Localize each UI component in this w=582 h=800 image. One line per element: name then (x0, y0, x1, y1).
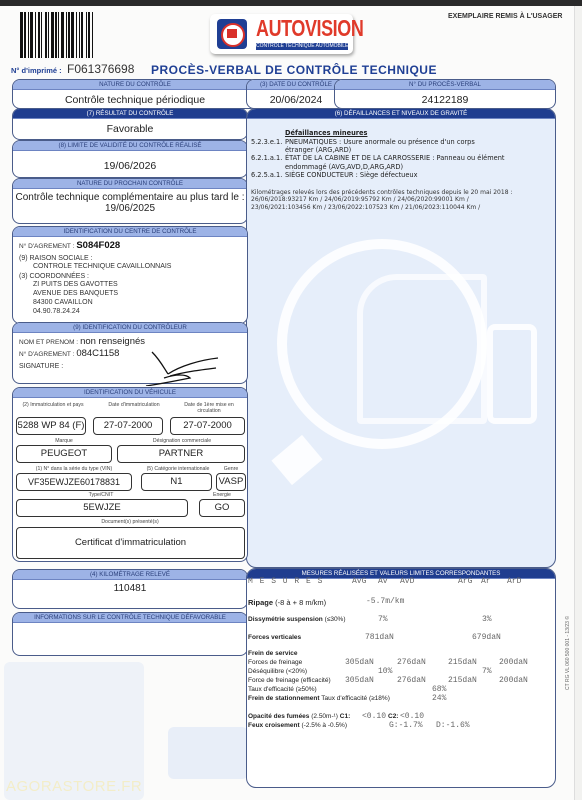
genre-field: VASP (216, 473, 246, 491)
taux-efficacite-value: 68% (432, 685, 446, 694)
address-line: 84300 CAVAILLON (33, 299, 93, 306)
vehicule-label: IDENTIFICATION DU VÉHICULE (13, 388, 247, 398)
nature-controle-label: NATURE DU CONTRÔLE (13, 80, 257, 90)
opacite-unit: (2.50m-¹) (311, 713, 338, 720)
date-controle-value: 20/06/2024 (247, 90, 345, 106)
dissym-limit: (≤30%) (325, 616, 346, 623)
nature-controle-box: NATURE DU CONTRÔLE Contrôle technique pé… (12, 79, 258, 109)
immat-label: (2) Immatriculation et pays (15, 402, 91, 408)
kilometrage-label: (4) KILOMÉTRAGE RELEVÉ (13, 570, 247, 580)
force-eff-ard: 200daN (499, 676, 528, 685)
barcode (20, 12, 132, 58)
type-field: 5EWJZE (16, 499, 188, 517)
energie-label: Energie (199, 492, 245, 498)
defaillance-item: 6.2.1.a.1. ÉTAT DE LA CABINE ET DE LA CA… (251, 154, 556, 162)
controleur-nom-value: non renseignés (80, 336, 145, 347)
feux-d-value: D:-1.6% (436, 721, 470, 730)
raison-sociale-value: CONTROLE TECHNIQUE CAVAILLONNAIS (33, 263, 171, 270)
address-line: ZI PUITS DES GAVOTTES (33, 281, 118, 288)
centre-box: IDENTIFICATION DU CENTRE DE CONTRÔLE N° … (12, 226, 248, 324)
force-eff-avd: 276daN (397, 676, 426, 685)
desequilibre-av: 10% (378, 667, 392, 676)
vehicule-box: IDENTIFICATION DU VÉHICULE (2) Immatricu… (12, 387, 248, 562)
watermark-truck-icon (487, 324, 537, 424)
date-circ-field: 27-07-2000 (170, 417, 245, 435)
desequilibre-ar: 7% (482, 667, 492, 676)
agorastore-watermark: AGORASTORE.FR (6, 778, 142, 795)
defaillance-item: 6.2.5.a.1. SIÈGE CONDUCTEUR : Siège défe… (251, 171, 556, 179)
resultat-value: Favorable (13, 119, 247, 135)
proces-verbal-label: N° DU PROCÈS-VERBAL (335, 80, 555, 90)
brand-subtitle: CONTROLE TECHNIQUE AUTOMOBILE (256, 43, 348, 50)
centre-agrement-label: N° D'AGREMENT : (19, 243, 74, 250)
frein-stationnement-label: Frein de stationnement (248, 695, 320, 702)
frein-service-label: Frein de service (248, 650, 298, 657)
categorie-field: N1 (141, 473, 212, 491)
autovision-emblem-icon (217, 19, 247, 49)
energie-field: GO (199, 499, 245, 517)
dissym-ar: 3% (482, 615, 492, 624)
proces-verbal-value: 24122189 (335, 90, 555, 106)
col-avd: AvD (400, 577, 414, 586)
centre-label: IDENTIFICATION DU CENTRE DE CONTRÔLE (13, 227, 247, 237)
forces-freinage-label: Forces de freinage (248, 659, 302, 666)
validite-box: (8) LIMITE DE VALIDITÉ DU CONTRÔLE RÉALI… (12, 140, 248, 178)
raison-sociale-label: (9) RAISON SOCIALE : (19, 255, 93, 262)
date-immat-label: Date d'immatriculation (99, 402, 169, 408)
dissym-label: Dissymétrie suspension (248, 616, 323, 623)
coordonnees-label: (3) COORDONNÉES : (19, 273, 89, 280)
signature-mark (140, 346, 220, 386)
defaillances-list: 5.2.3.e.1. PNEUMATIQUES : Usure anormale… (251, 138, 556, 179)
validite-value: 19/06/2026 (13, 151, 247, 172)
categorie-label: (5) Catégorie internationale (141, 466, 215, 472)
dissym-av: 7% (378, 615, 388, 624)
controleur-agrement-value: 084C1158 (76, 348, 119, 359)
prochain-controle-label: NATURE DU PROCHAIN CONTRÔLE (13, 179, 247, 189)
defaillance-item-cont: endommagé (AVG,AVD,D,ARG,ARD) (251, 163, 556, 171)
brand-name: AUTOVISION (256, 15, 363, 42)
resultat-box: (7) RÉSULTAT DU CONTRÔLE Favorable (12, 108, 248, 140)
defaillances-category: Défaillances mineures (285, 129, 367, 137)
forces-verticales-label: Forces verticales (248, 634, 301, 641)
defaillance-text: PNEUMATIQUES : Usure anormale ou présenc… (285, 138, 475, 146)
opacite-c1-value: <0.10 (362, 712, 386, 721)
defaillance-text: ÉTAT DE LA CABINE ET DE LA CARROSSERIE :… (285, 154, 504, 162)
controleur-label: (9) IDENTIFICATION DU CONTRÔLEUR (13, 323, 247, 333)
forces-freinage-arg: 215daN (448, 658, 477, 667)
forces-verticales-av: 781daN (365, 633, 394, 642)
ripage-limit: (-8 à + 8 m/km) (275, 598, 326, 607)
defaillances-label: (6) DÉFAILLANCES ET NIVEAUX DE GRAVITÉ (247, 109, 555, 119)
defaillance-text-cont: endommagé (AVG,AVD,D,ARG,ARD) (285, 163, 403, 171)
scan-right-edge (574, 6, 582, 800)
ripage-label: Ripage (248, 598, 273, 607)
validite-label: (8) LIMITE DE VALIDITÉ DU CONTRÔLE RÉALI… (13, 141, 247, 151)
kilometrage-value: 110481 (13, 580, 247, 594)
date-circ-label-2: circulation (171, 408, 247, 414)
defaillance-item: 5.2.3.e.1. PNEUMATIQUES : Usure anormale… (251, 138, 556, 146)
col-avg: AvG (352, 577, 366, 586)
proces-verbal-box: N° DU PROCÈS-VERBAL 24122189 (334, 79, 556, 109)
feux-g-value: G:-1.7% (389, 721, 423, 730)
defavorable-label: INFORMATIONS SUR LE CONTRÔLE TECHNIQUE D… (13, 613, 247, 623)
form-code: CT RG VL 060 500 001 - 13/23 © (565, 616, 571, 690)
prochain-controle-box: NATURE DU PROCHAIN CONTRÔLE Contrôle tec… (12, 178, 248, 224)
forces-freinage-avg: 305daN (345, 658, 374, 667)
signature-label: SIGNATURE : (19, 363, 63, 370)
address-line: AVENUE DES BANQUETS (33, 290, 118, 297)
designation-label: Désignation commerciale (117, 438, 247, 444)
force-eff-arg: 215daN (448, 676, 477, 685)
printed-number-value: F061376698 (67, 62, 134, 76)
designation-field: PARTNER (117, 445, 245, 463)
feux-croisement-limit: (-2.5% à -0.5%) (301, 722, 347, 729)
document-title: PROCÈS-VERBAL DE CONTRÔLE TECHNIQUE (151, 63, 437, 77)
defaillance-code: 6.2.5.a.1. (251, 171, 285, 179)
forces-verticales-ar: 679daN (472, 633, 501, 642)
prochain-controle-line1: Contrôle technique complémentaire au plu… (13, 189, 247, 203)
force-efficacite-label: Force de freinage (efficacité) (248, 677, 331, 684)
defaillance-code: 6.2.1.a.1. (251, 154, 285, 162)
forces-freinage-ard: 200daN (499, 658, 528, 667)
watermark-handle-icon (271, 435, 322, 485)
opacite-c1-label: C1: (340, 713, 350, 720)
col-arg: ArG (458, 577, 472, 586)
date-controle-label: (3) DATE DU CONTRÔLE (247, 80, 345, 90)
nature-controle-value: Contrôle technique périodique (13, 90, 257, 106)
resultat-label: (7) RÉSULTAT DU CONTRÔLE (13, 109, 247, 119)
scan-top-edge (0, 0, 582, 6)
frein-stationnement-taux-label: Taux d'efficacité (≥18%) (321, 695, 390, 702)
km-history-line: 26/06/2018:93217 Km / 24/06/2019:95792 K… (251, 196, 556, 203)
defavorable-box: INFORMATIONS SUR LE CONTRÔLE TECHNIQUE D… (12, 612, 248, 656)
marque-label: Marque (16, 438, 112, 444)
col-ar: Ar (481, 577, 491, 586)
desequilibre-label: Déséquilibre (<20%) (248, 668, 307, 675)
ripage-value: -5.7m/km (366, 597, 404, 606)
type-label: Type/CNIT (16, 492, 186, 498)
km-history: Kilométrages relevés lors des précédents… (251, 189, 556, 211)
documents-field: Certificat d'immatriculation (16, 527, 245, 559)
immat-field: 5288 WP 84 (F) (16, 417, 86, 435)
vin-field: VF35EWJZE60178831 (16, 473, 132, 491)
prochain-controle-date: 19/06/2025 (13, 203, 247, 214)
copy-note: EXEMPLAIRE REMIS À L'USAGER (448, 13, 562, 20)
centre-agrement-value: S084F028 (76, 240, 120, 251)
date-immat-field: 27-07-2000 (93, 417, 163, 435)
forces-freinage-avd: 276daN (397, 658, 426, 667)
feux-croisement-label: Feux croisement (248, 722, 300, 729)
genre-label: Genre (216, 466, 246, 472)
col-av: Av (378, 577, 388, 586)
vin-label: (1) N° dans la série du type (VIN) (16, 466, 132, 472)
taux-efficacite-label: Taux d'efficacité (≥50%) (248, 686, 317, 693)
opacite-c2-value: <0.10 (400, 712, 424, 721)
documents-label: Document(s) présenté(s) (16, 519, 244, 525)
stamp-area-small (168, 727, 248, 779)
col-ard: ArD (507, 577, 521, 586)
autovision-logo: AUTOVISION CONTROLE TECHNIQUE AUTOMOBILE (210, 14, 353, 54)
defaillance-text: SIÈGE CONDUCTEUR : Siège défectueux (285, 171, 417, 179)
defaillances-box: (6) DÉFAILLANCES ET NIVEAUX DE GRAVITÉ D… (246, 108, 556, 568)
date-controle-box: (3) DATE DU CONTRÔLE 20/06/2024 (246, 79, 346, 109)
watermark-car-icon (357, 274, 487, 424)
kilometrage-box: (4) KILOMÉTRAGE RELEVÉ 110481 (12, 569, 248, 609)
marque-field: PEUGEOT (16, 445, 112, 463)
controleur-nom-label: NOM ET PRENOM : (19, 339, 78, 346)
defaillance-code: 5.2.3.e.1. (251, 138, 285, 146)
force-eff-avg: 305daN (345, 676, 374, 685)
frein-stationnement-value: 24% (432, 694, 446, 703)
printed-number-label: N° d'imprimé : (11, 66, 62, 75)
km-history-line: 23/06/2021:103456 Km / 23/06/2022:107523… (251, 204, 556, 211)
mesures-header: M E S U R E S (248, 577, 323, 586)
opacite-label: Opacité des fumées (248, 713, 309, 720)
phone-number: 04.90.78.24.24 (33, 308, 80, 315)
opacite-c2-label: C2: (388, 713, 398, 720)
controleur-agrement-label: N° D'AGREMENT : (19, 351, 74, 358)
km-history-intro: Kilométrages relevés lors des précédents… (251, 189, 556, 196)
